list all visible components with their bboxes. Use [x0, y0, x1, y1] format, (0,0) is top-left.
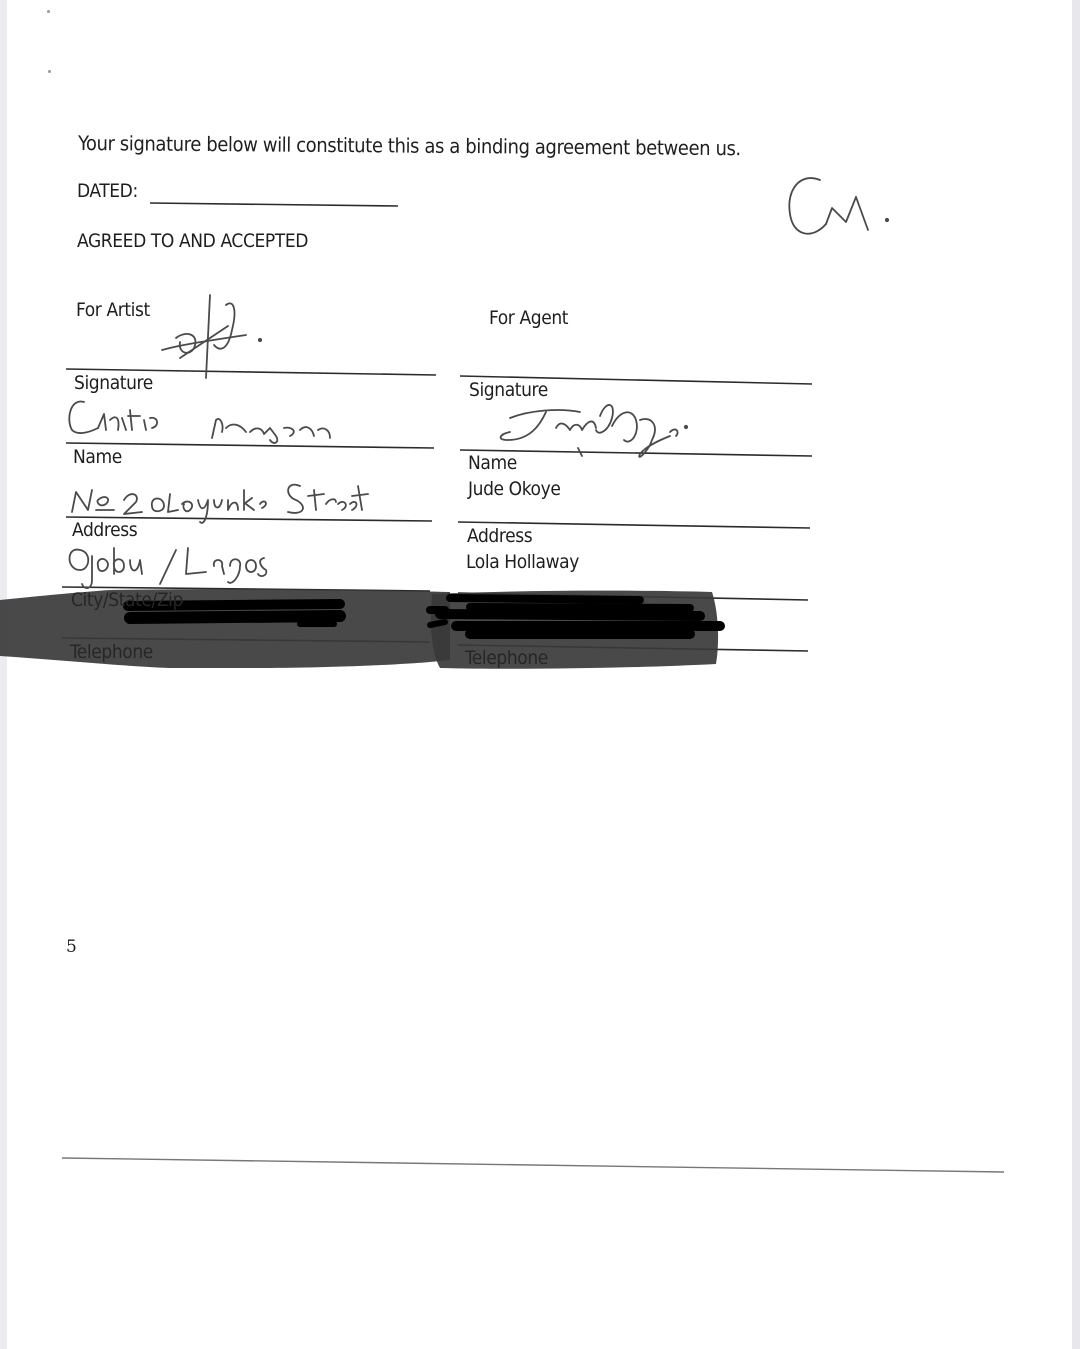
artist-city-label: City/State/Zip — [71, 589, 183, 611]
artist-signature-handwriting — [162, 295, 261, 378]
agent-address-label: Address — [467, 525, 532, 547]
artist-heading: For Artist — [76, 299, 150, 321]
form-lines-and-handwriting — [0, 0, 1080, 1349]
initials-handwriting — [789, 178, 888, 234]
agent-signature-label: Signature — [469, 379, 548, 401]
artist-name-label: Name — [73, 446, 122, 468]
agent-heading: For Agent — [489, 307, 568, 329]
agent-address-value: Lola Hollaway — [466, 551, 579, 573]
artist-city-handwriting — [70, 548, 267, 588]
agent-signature-handwriting — [501, 405, 688, 457]
page-number: 5 — [66, 937, 76, 957]
agent-telephone-label: Telephone — [465, 647, 548, 669]
artist-name-handwriting — [69, 402, 330, 443]
agent-name-value: Jude Okoye — [468, 478, 560, 500]
dated-label: DATED: — [77, 180, 138, 202]
artist-address-label: Address — [72, 519, 137, 541]
agent-name-label: Name — [468, 452, 517, 474]
agreed-heading: AGREED TO AND ACCEPTED — [77, 230, 308, 252]
artist-telephone-label: Telephone — [70, 641, 153, 663]
artist-signature-label: Signature — [74, 372, 153, 394]
